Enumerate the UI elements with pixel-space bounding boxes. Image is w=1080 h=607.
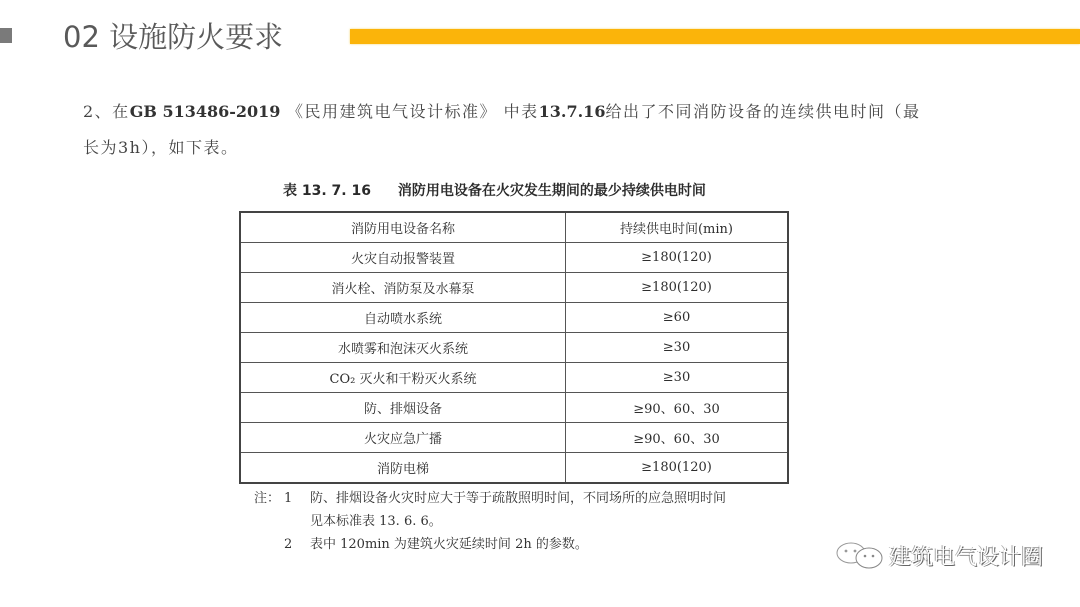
table-notes: 注： 1 防、排烟设备火灾时应大于等于疏散照明时间，不同场所的应急照明时间 见本… xyxy=(254,487,814,556)
equipment-name-cell: 防、排烟设备 xyxy=(240,393,566,423)
table-row: 消火栓、消防泵及水幕泵 ≥180(120) xyxy=(240,273,788,303)
supply-time-cell: ≥180(120) xyxy=(566,453,789,484)
watermark-text: 建筑电气设计圈 xyxy=(889,540,1043,571)
supply-time-cell: ≥60 xyxy=(566,303,789,333)
note-number: 1 xyxy=(284,487,310,510)
supply-time-cell: ≥180(120) xyxy=(566,273,789,303)
table-row: 火灾自动报警装置 ≥180(120) xyxy=(240,243,788,273)
supply-time-cell: ≥30 xyxy=(566,363,789,393)
power-supply-table: 消防用电设备名称 持续供电时间(min) 火灾自动报警装置 ≥180(120) … xyxy=(239,211,789,484)
table-caption-number: 表 13. 7. 16 xyxy=(283,183,371,199)
table-row: CO₂ 灭火和干粉灭火系统 ≥30 xyxy=(240,363,788,393)
intro-suffix: 给出了不同消防设备的连续供电时间（最 xyxy=(605,102,920,121)
equipment-name-cell: 消火栓、消防泵及水幕泵 xyxy=(240,273,566,303)
table-caption: 表 13. 7. 16 消防用电设备在火灾发生期间的最少持续供电时间 xyxy=(283,181,763,201)
equipment-name-cell: CO₂ 灭火和干粉灭火系统 xyxy=(240,363,566,393)
note-item: 2 表中 120min 为建筑火灾延续时间 2h 的参数。 xyxy=(254,533,814,556)
slide-title: 02 设施防火要求 xyxy=(63,18,283,56)
table-row: 消防电梯 ≥180(120) xyxy=(240,453,788,484)
equipment-name-cell: 火灾自动报警装置 xyxy=(240,243,566,273)
header-supply-time: 持续供电时间(min) xyxy=(566,212,789,243)
supply-time-cell: ≥180(120) xyxy=(566,243,789,273)
table-row: 水喷雾和泡沫灭火系统 ≥30 xyxy=(240,333,788,363)
intro-line2: 长为3h），如下表。 xyxy=(83,138,239,157)
equipment-name-cell: 水喷雾和泡沫灭火系统 xyxy=(240,333,566,363)
notes-label: 注： xyxy=(254,487,284,510)
table-row: 火灾应急广播 ≥90、60、30 xyxy=(240,423,788,453)
intro-prefix: 2、在 xyxy=(83,102,130,121)
note-continuation: 见本标准表 13. 6. 6。 xyxy=(254,510,814,533)
watermark: 建筑电气设计圈 xyxy=(835,540,1043,571)
table-header-row: 消防用电设备名称 持续供电时间(min) xyxy=(240,212,788,243)
note-text: 表中 120min 为建筑火灾延续时间 2h 的参数。 xyxy=(310,533,814,556)
equipment-name-cell: 火灾应急广播 xyxy=(240,423,566,453)
note-item: 注： 1 防、排烟设备火灾时应大于等于疏散照明时间，不同场所的应急照明时间 xyxy=(254,487,814,510)
supply-time-cell: ≥90、60、30 xyxy=(566,423,789,453)
intro-mid: 中表 xyxy=(504,102,539,121)
equipment-name-cell: 消防电梯 xyxy=(240,453,566,484)
note-number: 2 xyxy=(284,533,310,556)
table-caption-title: 消防用电设备在火灾发生期间的最少持续供电时间 xyxy=(398,183,706,199)
equipment-name-cell: 自动喷水系统 xyxy=(240,303,566,333)
standard-code: GB 513486-2019 xyxy=(130,102,281,121)
standard-name: 《民用建筑电气设计标准》 xyxy=(287,102,497,121)
header-equipment-name: 消防用电设备名称 xyxy=(240,212,566,243)
intro-paragraph: 2、在GB 513486-2019 《民用建筑电气设计标准》 中表13.7.16… xyxy=(83,94,943,166)
wechat-icon xyxy=(835,541,887,571)
note-text: 防、排烟设备火灾时应大于等于疏散照明时间，不同场所的应急照明时间 xyxy=(310,487,814,510)
note-text: 见本标准表 13. 6. 6。 xyxy=(310,510,814,533)
supply-time-cell: ≥30 xyxy=(566,333,789,363)
table-row: 防、排烟设备 ≥90、60、30 xyxy=(240,393,788,423)
supply-time-cell: ≥90、60、30 xyxy=(566,393,789,423)
table-reference: 13.7.16 xyxy=(539,102,606,121)
title-bullet-square xyxy=(0,28,12,43)
table-row: 自动喷水系统 ≥60 xyxy=(240,303,788,333)
title-accent-bar xyxy=(350,29,1080,44)
